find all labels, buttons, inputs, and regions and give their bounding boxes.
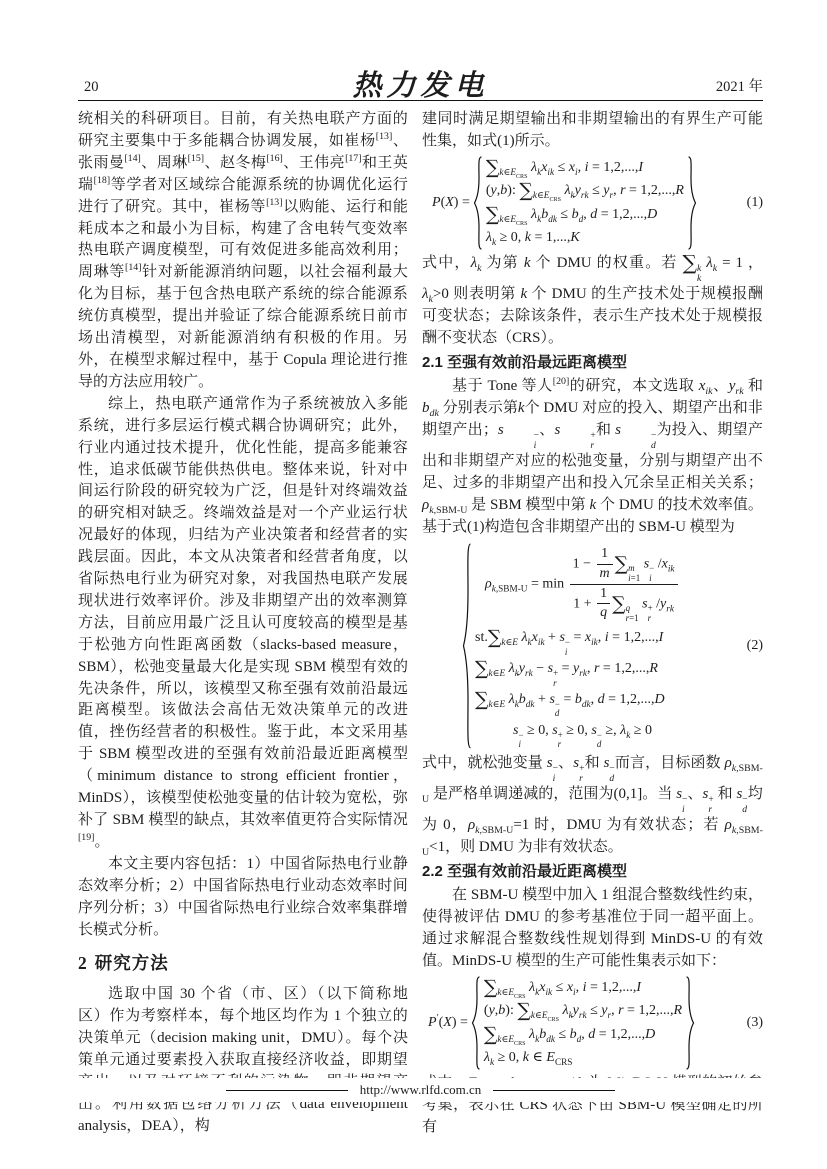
equation-rows: ∑k∈ECRS λkxik ≤ xi, i = 1,2,...,I (y,b):… — [483, 156, 687, 250]
two-column-body: 统相关的科研项目。目前，有关热电联产方面的研究主要集中于多能耦合协调发展，如崔杨… — [78, 109, 763, 1139]
equation-row: λk ≥ 0, k ∈ ECRS — [484, 1046, 682, 1070]
equation-row: ∑k∈ECRS λkxik ≤ xi, i = 1,2,...,I — [484, 976, 682, 1000]
section-heading-2-2: 2.2 至强有效前沿最近距离模型 — [422, 861, 763, 883]
section-title: 研究方法 — [95, 953, 169, 973]
equation-number: (2) — [743, 635, 763, 657]
right-brace — [687, 156, 697, 250]
footer-rule-right — [493, 1090, 615, 1091]
paragraph: 建同时满足期望输出和非期望输出的有界生产可能性集，如式(1)所示。 — [422, 109, 763, 153]
equation-lhs: P′(X) = — [428, 1012, 468, 1034]
equation-row: st.∑k∈E λkxik + s−i = xik, i = 1,2,...,I — [475, 626, 680, 657]
page-number: 20 — [84, 79, 99, 96]
equation-row: ∑k∈E λkyrk − s+r = yrk, r = 1,2,...,R — [475, 657, 680, 688]
equation-number: (3) — [743, 1012, 763, 1034]
equation-row: ∑k∈ECRS λkbdk ≤ bd, d = 1,2,...,D — [486, 203, 684, 227]
section-number: 2 — [78, 953, 87, 973]
footer-rule-left — [226, 1090, 348, 1091]
equation-row: ρk,SBM-U = min 1 − 1m∑mi=1 s−i /xik1 + 1… — [485, 542, 680, 627]
equation-row: s−i ≥ 0, s+r ≥ 0, s−d ≥, λk ≥ 0 — [513, 719, 680, 750]
left-brace — [471, 976, 481, 1070]
equation-row: λk ≥ 0, k = 1,...,K — [486, 226, 684, 250]
section-heading-2: 2研究方法 — [78, 953, 408, 975]
equation-row: (y,b): ∑k∈ECRS λkyrk ≤ yr, r = 1,2,...,R — [486, 179, 684, 203]
right-brace — [685, 976, 695, 1070]
equation-rows: ρk,SBM-U = min 1 − 1m∑mi=1 s−i /xik1 + 1… — [472, 542, 683, 750]
paragraph: 式中，就松弛变量 s−i、s+r和 s−d而言，目标函数 ρk,SBM-U 是严… — [422, 753, 763, 860]
left-column: 统相关的科研项目。目前，有关热电联产方面的研究主要集中于多能耦合协调发展，如崔杨… — [78, 109, 408, 1139]
header-rule — [78, 100, 763, 101]
left-brace — [462, 542, 472, 750]
page-header: 20 热力发电 2021 年 — [78, 66, 763, 100]
paragraph: 综上，热电联产通常作为子系统被放入多能系统，进行多层运行模式耦合协调研究；此外，… — [78, 394, 408, 854]
equation-row: ∑k∈E λkbdk + s−d = bdk, d = 1,2,...,D — [475, 688, 680, 719]
header-year: 2021 年 — [716, 75, 763, 96]
equation-number: (1) — [743, 192, 763, 214]
paragraph: 基于 Tone 等人[20]的研究，本文选取 xik、yrk 和 bdk 分别表… — [422, 376, 763, 539]
equation-lhs: P(X) = — [432, 192, 470, 214]
paragraph: 本文主要内容包括：1）中国省际热电行业静态效率分析；2）中国省际热电行业动态效率… — [78, 854, 408, 942]
paragraph: 式中，λk 为第 k 个 DMU 的权重。若 ∑kk λk = 1 ，λk>0 … — [422, 253, 763, 350]
journal-logo: 热力发电 — [352, 63, 488, 104]
equation-row: ∑k∈ECRS λkxik ≤ xi, i = 1,2,...,I — [486, 156, 684, 180]
equation-3: P′(X) = ∑k∈ECRS λkxik ≤ xi, i = 1,2,...,… — [422, 976, 763, 1070]
section-heading-2-1: 2.1 至强有效前沿最远距离模型 — [422, 352, 763, 374]
equation-rows: ∑k∈ECRS λkxik ≤ xi, i = 1,2,...,I (y,b):… — [481, 976, 685, 1070]
equation-row: ∑k∈ECRS λkbdk ≤ bd, d = 1,2,...,D — [484, 1023, 682, 1047]
left-brace — [473, 156, 483, 250]
paragraph: 统相关的科研项目。目前，有关热电联产方面的研究主要集中于多能耦合协调发展，如崔杨… — [78, 109, 408, 394]
paragraph: 在 SBM-U 模型中加入 1 组混合整数线性约束，使得被评估 DMU 的参考基… — [422, 885, 763, 973]
paragraph: 选取中国 30 个省（市、区）（以下简称地区）作为考察样本，每个地区均作为 1 … — [78, 984, 408, 1137]
equation-2: ρk,SBM-U = min 1 − 1m∑mi=1 s−i /xik1 + 1… — [422, 542, 763, 750]
equation-row: (y,b): ∑k∈ECRS λkyrk ≤ yr, r = 1,2,...,R — [484, 999, 682, 1023]
journal-page: 20 热力发电 2021 年 统相关的科研项目。目前，有关热电联产方面的研究主要… — [0, 0, 827, 1169]
equation-1: P(X) = ∑k∈ECRS λkxik ≤ xi, i = 1,2,...,I… — [422, 156, 763, 250]
journal-url: http://www.rlfd.com.cn — [360, 1082, 482, 1098]
right-column: 建同时满足期望输出和非期望输出的有界生产可能性集，如式(1)所示。 P(X) =… — [422, 109, 763, 1139]
page-footer: http://www.rlfd.com.cn — [78, 1078, 763, 1102]
